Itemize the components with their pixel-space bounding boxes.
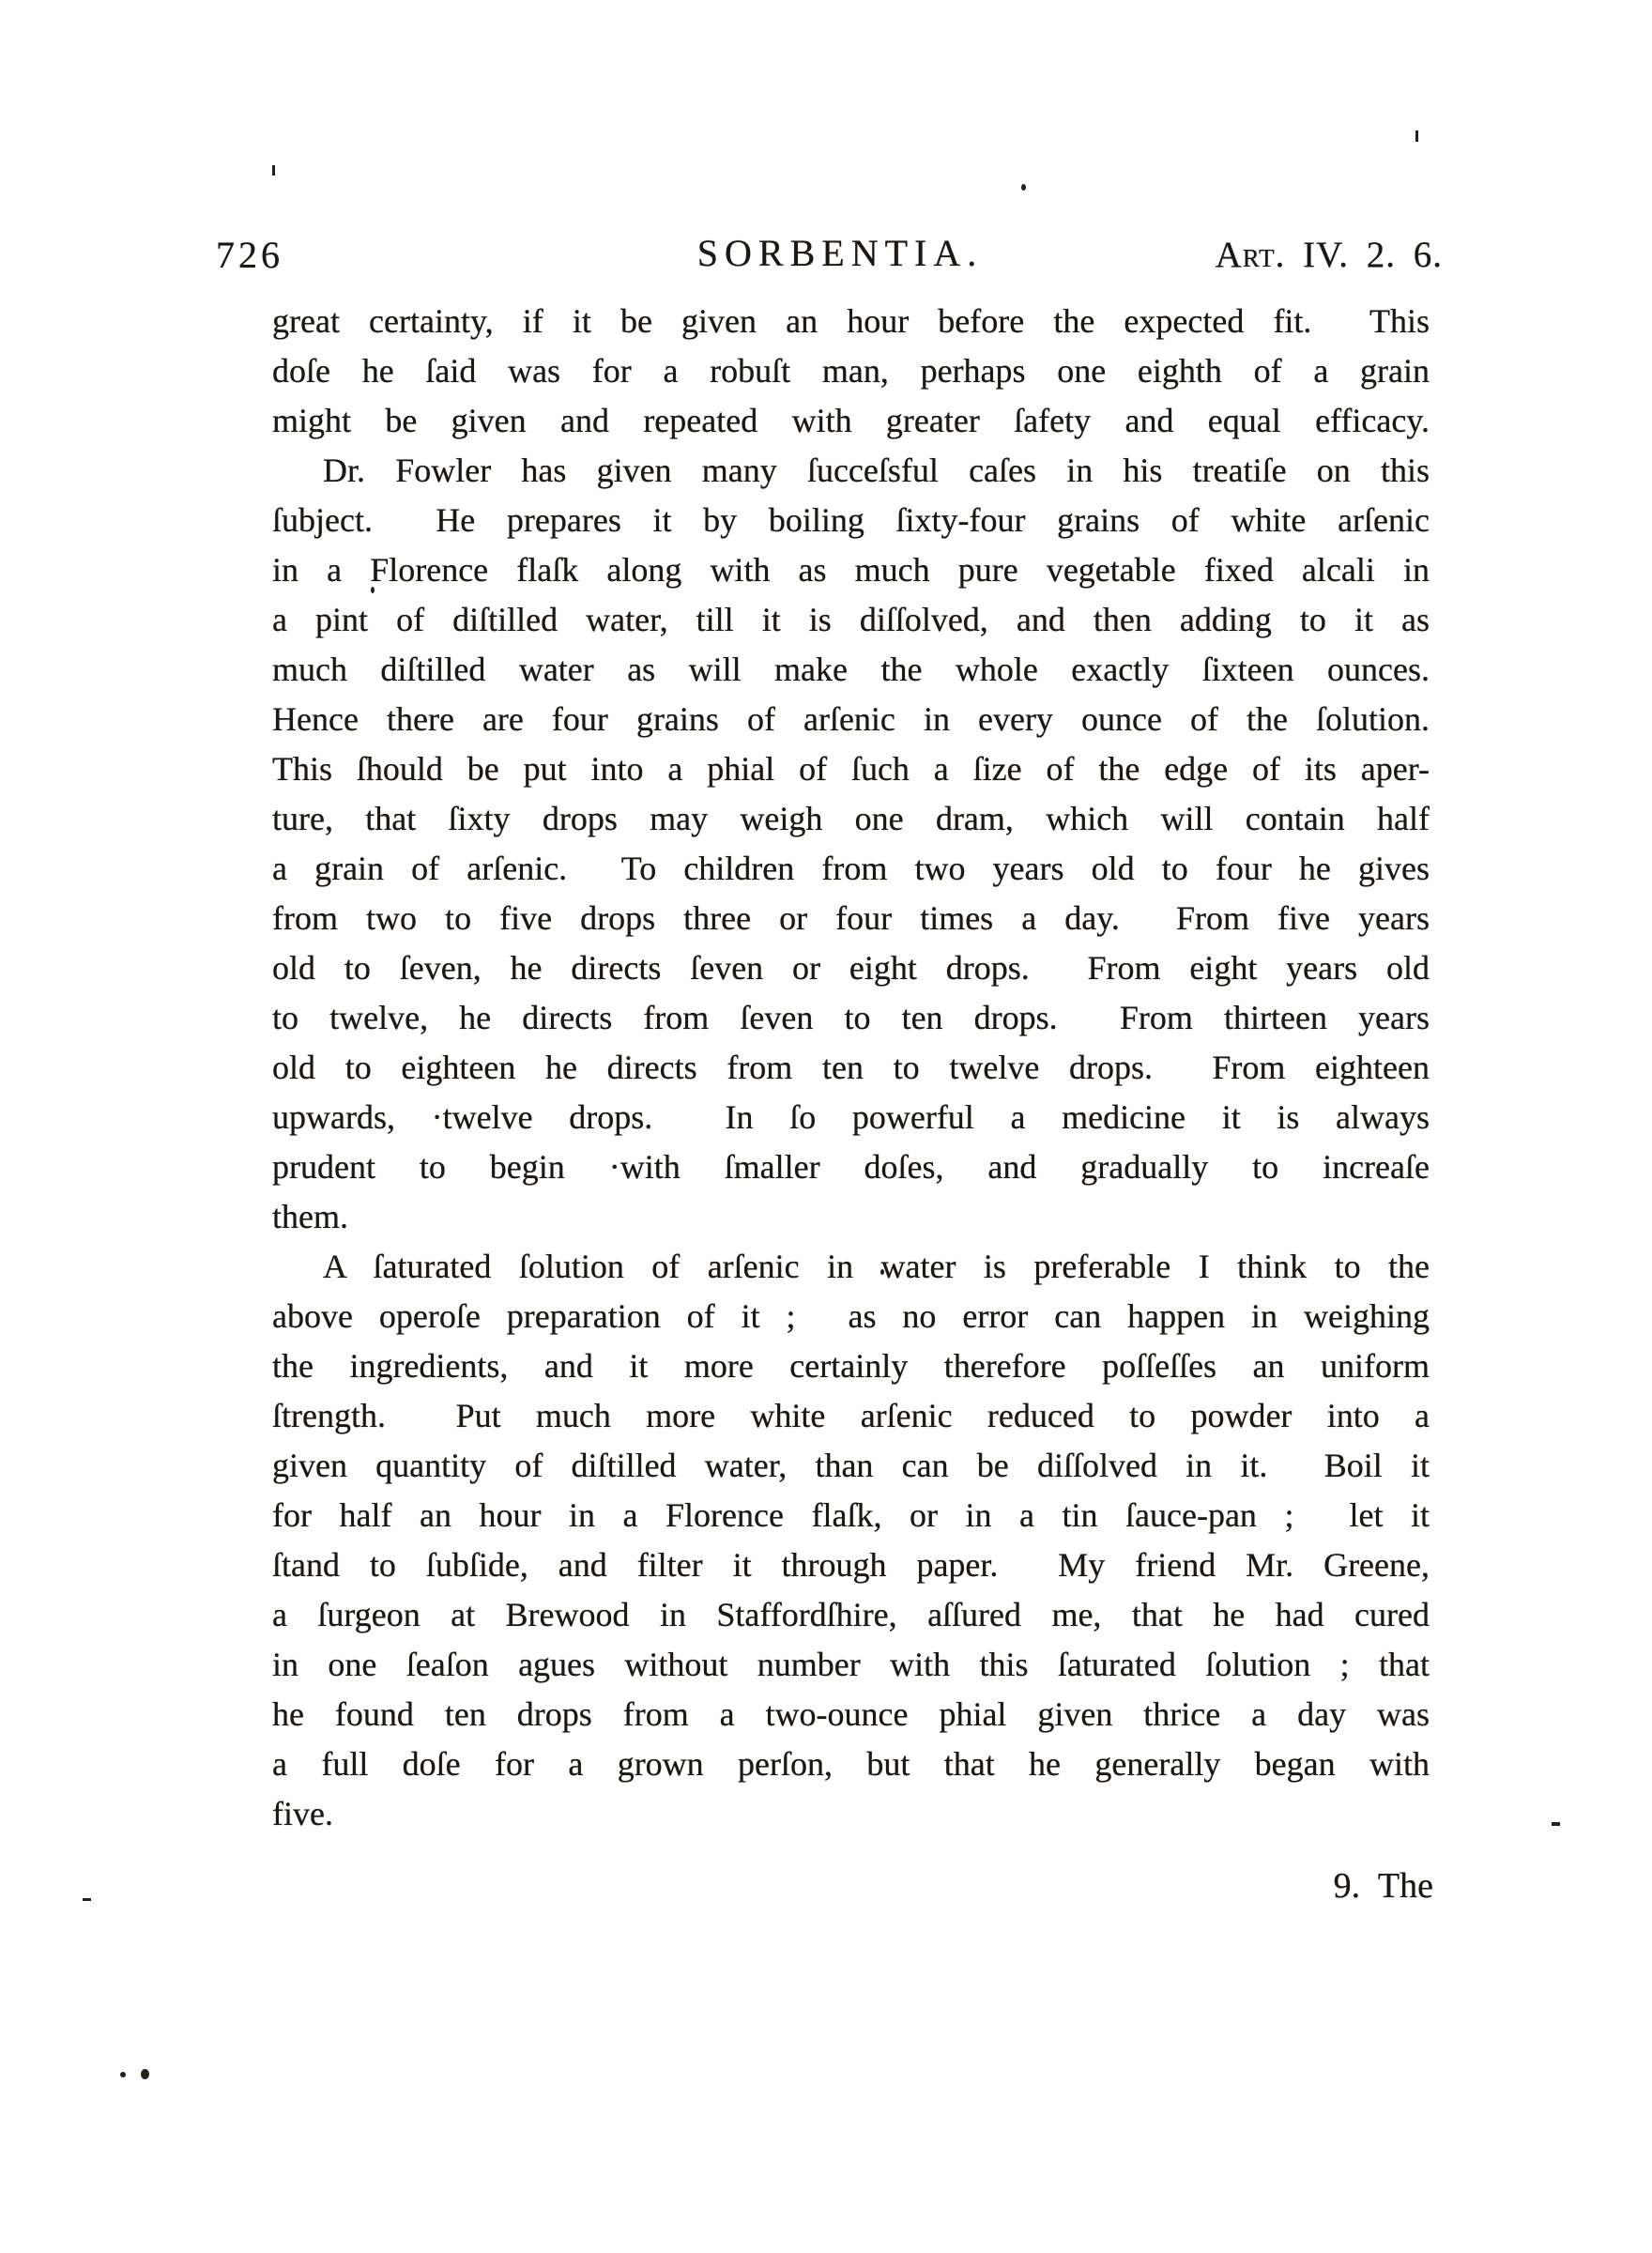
text-line: ture, that ſixty drops may weigh one dra…	[272, 794, 1430, 844]
text-line: might be given and repeated with greater…	[272, 396, 1430, 446]
ink-speck	[83, 1898, 91, 1901]
text-line: much diſtilled water as will make the wh…	[272, 645, 1430, 695]
text-line: old to eighteen he directs from ten to t…	[272, 1043, 1430, 1093]
text-line: a pint of diſtilled water, till it is di…	[272, 595, 1430, 645]
text-line: in one ſeaſon agues without number with …	[272, 1640, 1430, 1690]
text-line: Hence there are four grains of arſenic i…	[272, 695, 1430, 744]
catchword: 9. The	[1334, 1868, 1433, 1904]
text-line: above operoſe preparation of it ; as no …	[272, 1292, 1430, 1341]
ink-speck	[1021, 184, 1026, 191]
text-line: ſtand to ſubſide, and filter it through …	[272, 1540, 1430, 1590]
text-line: the ingredients, and it more certainly t…	[272, 1341, 1430, 1391]
text-line: a grain of arſenic. To children from two…	[272, 844, 1430, 894]
ink-speck	[272, 165, 275, 176]
text-line: in a Florence flaſk along with as much p…	[272, 545, 1430, 595]
text-line: upwards, ·twelve drops. In ſo powerful a…	[272, 1093, 1430, 1142]
book-page: 726 SORBENTIA. Art. IV. 2. 6. great cert…	[0, 0, 1652, 2253]
body-text: great certainty, if it be given an hour …	[272, 297, 1430, 1839]
text-line: he found ten drops from a two-ounce phia…	[272, 1690, 1430, 1740]
text-line: five.	[272, 1789, 1430, 1839]
ink-speck	[141, 2069, 149, 2079]
text-line: prudent to begin ·with ſmaller doſes, an…	[272, 1142, 1430, 1192]
text-line: A ſaturated ſolution of arſenic in water…	[272, 1242, 1430, 1292]
ink-speck	[371, 587, 375, 593]
text-line: This ſhould be put into a phial of ſuch …	[272, 744, 1430, 794]
ink-speck	[1415, 130, 1418, 142]
text-line: Dr. Fowler has given many ſucceſsful caſ…	[272, 446, 1430, 496]
text-line: ſubject. He prepares it by boiling ſixty…	[272, 496, 1430, 545]
text-line: to twelve, he directs from ſeven to ten …	[272, 993, 1430, 1043]
text-line: for half an hour in a Florence flaſk, or…	[272, 1491, 1430, 1540]
ink-speck	[120, 2072, 126, 2077]
text-line: a ſurgeon at Brewood in Staffordſhire, a…	[272, 1590, 1430, 1640]
ink-speck	[1552, 1822, 1560, 1826]
text-line: doſe he ſaid was for a robuſt man, perha…	[272, 346, 1430, 396]
text-line: great certainty, if it be given an hour …	[272, 297, 1430, 346]
text-line: old to ſeven, he directs ſeven or eight …	[272, 943, 1430, 993]
text-line: given quantity of diſtilled water, than …	[272, 1441, 1430, 1491]
text-line: them.	[272, 1192, 1430, 1242]
text-line: ſtrength. Put much more white arſenic re…	[272, 1391, 1430, 1441]
text-line: a full doſe for a grown perſon, but that…	[272, 1740, 1430, 1789]
text-line: from two to five drops three or four tim…	[272, 894, 1430, 943]
ink-speck	[880, 1269, 884, 1275]
article-reference: Art. IV. 2. 6.	[1216, 237, 1443, 273]
